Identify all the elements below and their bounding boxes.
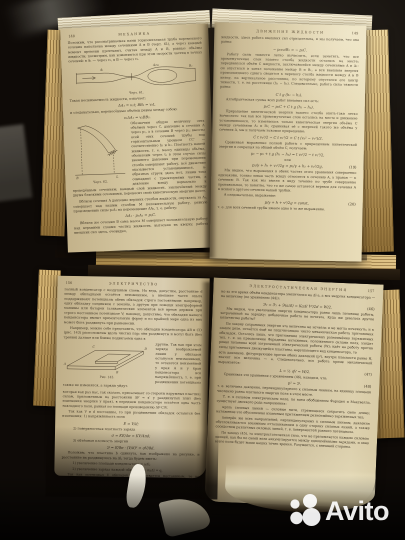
figure-label: B: [75, 176, 79, 180]
wall-patch: [0, 124, 32, 202]
paragraph: которая как раз нас, так сказать, присас…: [62, 390, 200, 411]
photo-scene: 148 МЕХАНИКА Положим, что рассматриваема…: [0, 0, 405, 540]
figure-caption: Рис. 143.: [63, 375, 151, 380]
paragraph: Мы видим, что выражения в обеих частях э…: [218, 168, 356, 194]
figure-label: A: [63, 362, 67, 366]
figure-label: B: [115, 370, 119, 374]
running-title: МЕХАНИКА: [118, 32, 150, 37]
page-header: ДВИЖЕНИЕ ЖИДКОСТИ 149: [221, 29, 359, 36]
capacitor-plates-figure: C D A B: [63, 341, 152, 376]
avito-wordmark: Avito: [325, 498, 389, 525]
running-title: ЭЛЕКТРИЧЕСТВО: [109, 282, 159, 287]
page-number: 148: [68, 34, 75, 38]
equation-body: p² = Э.: [288, 381, 301, 386]
figure-label: L: [115, 174, 118, 178]
paragraph: Приращение кинетической энергии нашего с…: [219, 109, 357, 135]
figure-with-text: B L Черт. 62. Обозначим общую величину э…: [70, 118, 207, 199]
equation-body: p₁/γ + h₁ + v₁²/2g = p₂/γ + h₂ + v₂²/2g,: [252, 163, 323, 169]
avito-watermark: Avito: [287, 494, 389, 528]
top-book-spine-shadow: [203, 24, 217, 258]
figure-label: C: [92, 345, 95, 349]
page-header: 156 ЭЛЕКТРИЧЕСТВО: [65, 281, 203, 287]
top-book-left-page: 148 МЕХАНИКА Положим, что рассматриваема…: [60, 23, 216, 252]
paragraph: Положим, что рассматриваемая нами горизо…: [68, 36, 203, 64]
equation-body: p/γ + h + v²/2g = const,: [265, 200, 309, 205]
figure-label: A₁: [99, 68, 104, 72]
running-title: ДВИЖЕНИЕ ЖИДКОСТИ: [256, 29, 324, 34]
page-number: 157: [368, 289, 375, 293]
curved-flow-figure: B L: [70, 121, 128, 180]
paragraph: Так как V и d постоянны, то при раздвиже…: [62, 409, 200, 421]
top-book-right-page: ДВИЖЕНИЕ ЖИДКОСТИ 149 жидкости, здесь ра…: [210, 22, 367, 261]
paragraph: Например, можно себе представить, что об…: [64, 326, 202, 342]
page-number: 156: [66, 281, 73, 285]
figure-label: A₂v₂: [152, 63, 160, 67]
avito-logo-icon: [287, 494, 321, 528]
paragraph: Вблизи же сечения B сама масса M соверша…: [74, 217, 208, 236]
equation-number: (19): [349, 165, 356, 170]
page-number: 149: [352, 31, 359, 35]
equation-number: (48): [364, 384, 372, 389]
paragraph: полный конденсатор с воздушным слоем. Но…: [64, 287, 203, 327]
figure-label: D: [143, 347, 147, 351]
figure-with-text: C D A B Рис. 143. другим. Так как при эт…: [63, 341, 202, 391]
paragraph: Работу силы тяжести легко вычислить, есл…: [220, 52, 359, 92]
figure-label: B₂: [188, 63, 193, 67]
figure-box: B L Черт. 62.: [70, 121, 128, 186]
equation-number: (47): [364, 372, 372, 377]
venturi-tube-figure: A₁ A₂v₂ B₂: [73, 61, 199, 92]
figure-caption: Черт. 62.: [72, 179, 128, 184]
paragraph: т. е. для всех сечений трубы имеем одно …: [218, 205, 356, 213]
equation-number: (46): [367, 306, 375, 311]
equation-number: (20): [348, 202, 355, 207]
figure-box: C D A B Рис. 143.: [63, 341, 152, 382]
equation-body: L = ½ qV = W/2.: [279, 368, 310, 374]
